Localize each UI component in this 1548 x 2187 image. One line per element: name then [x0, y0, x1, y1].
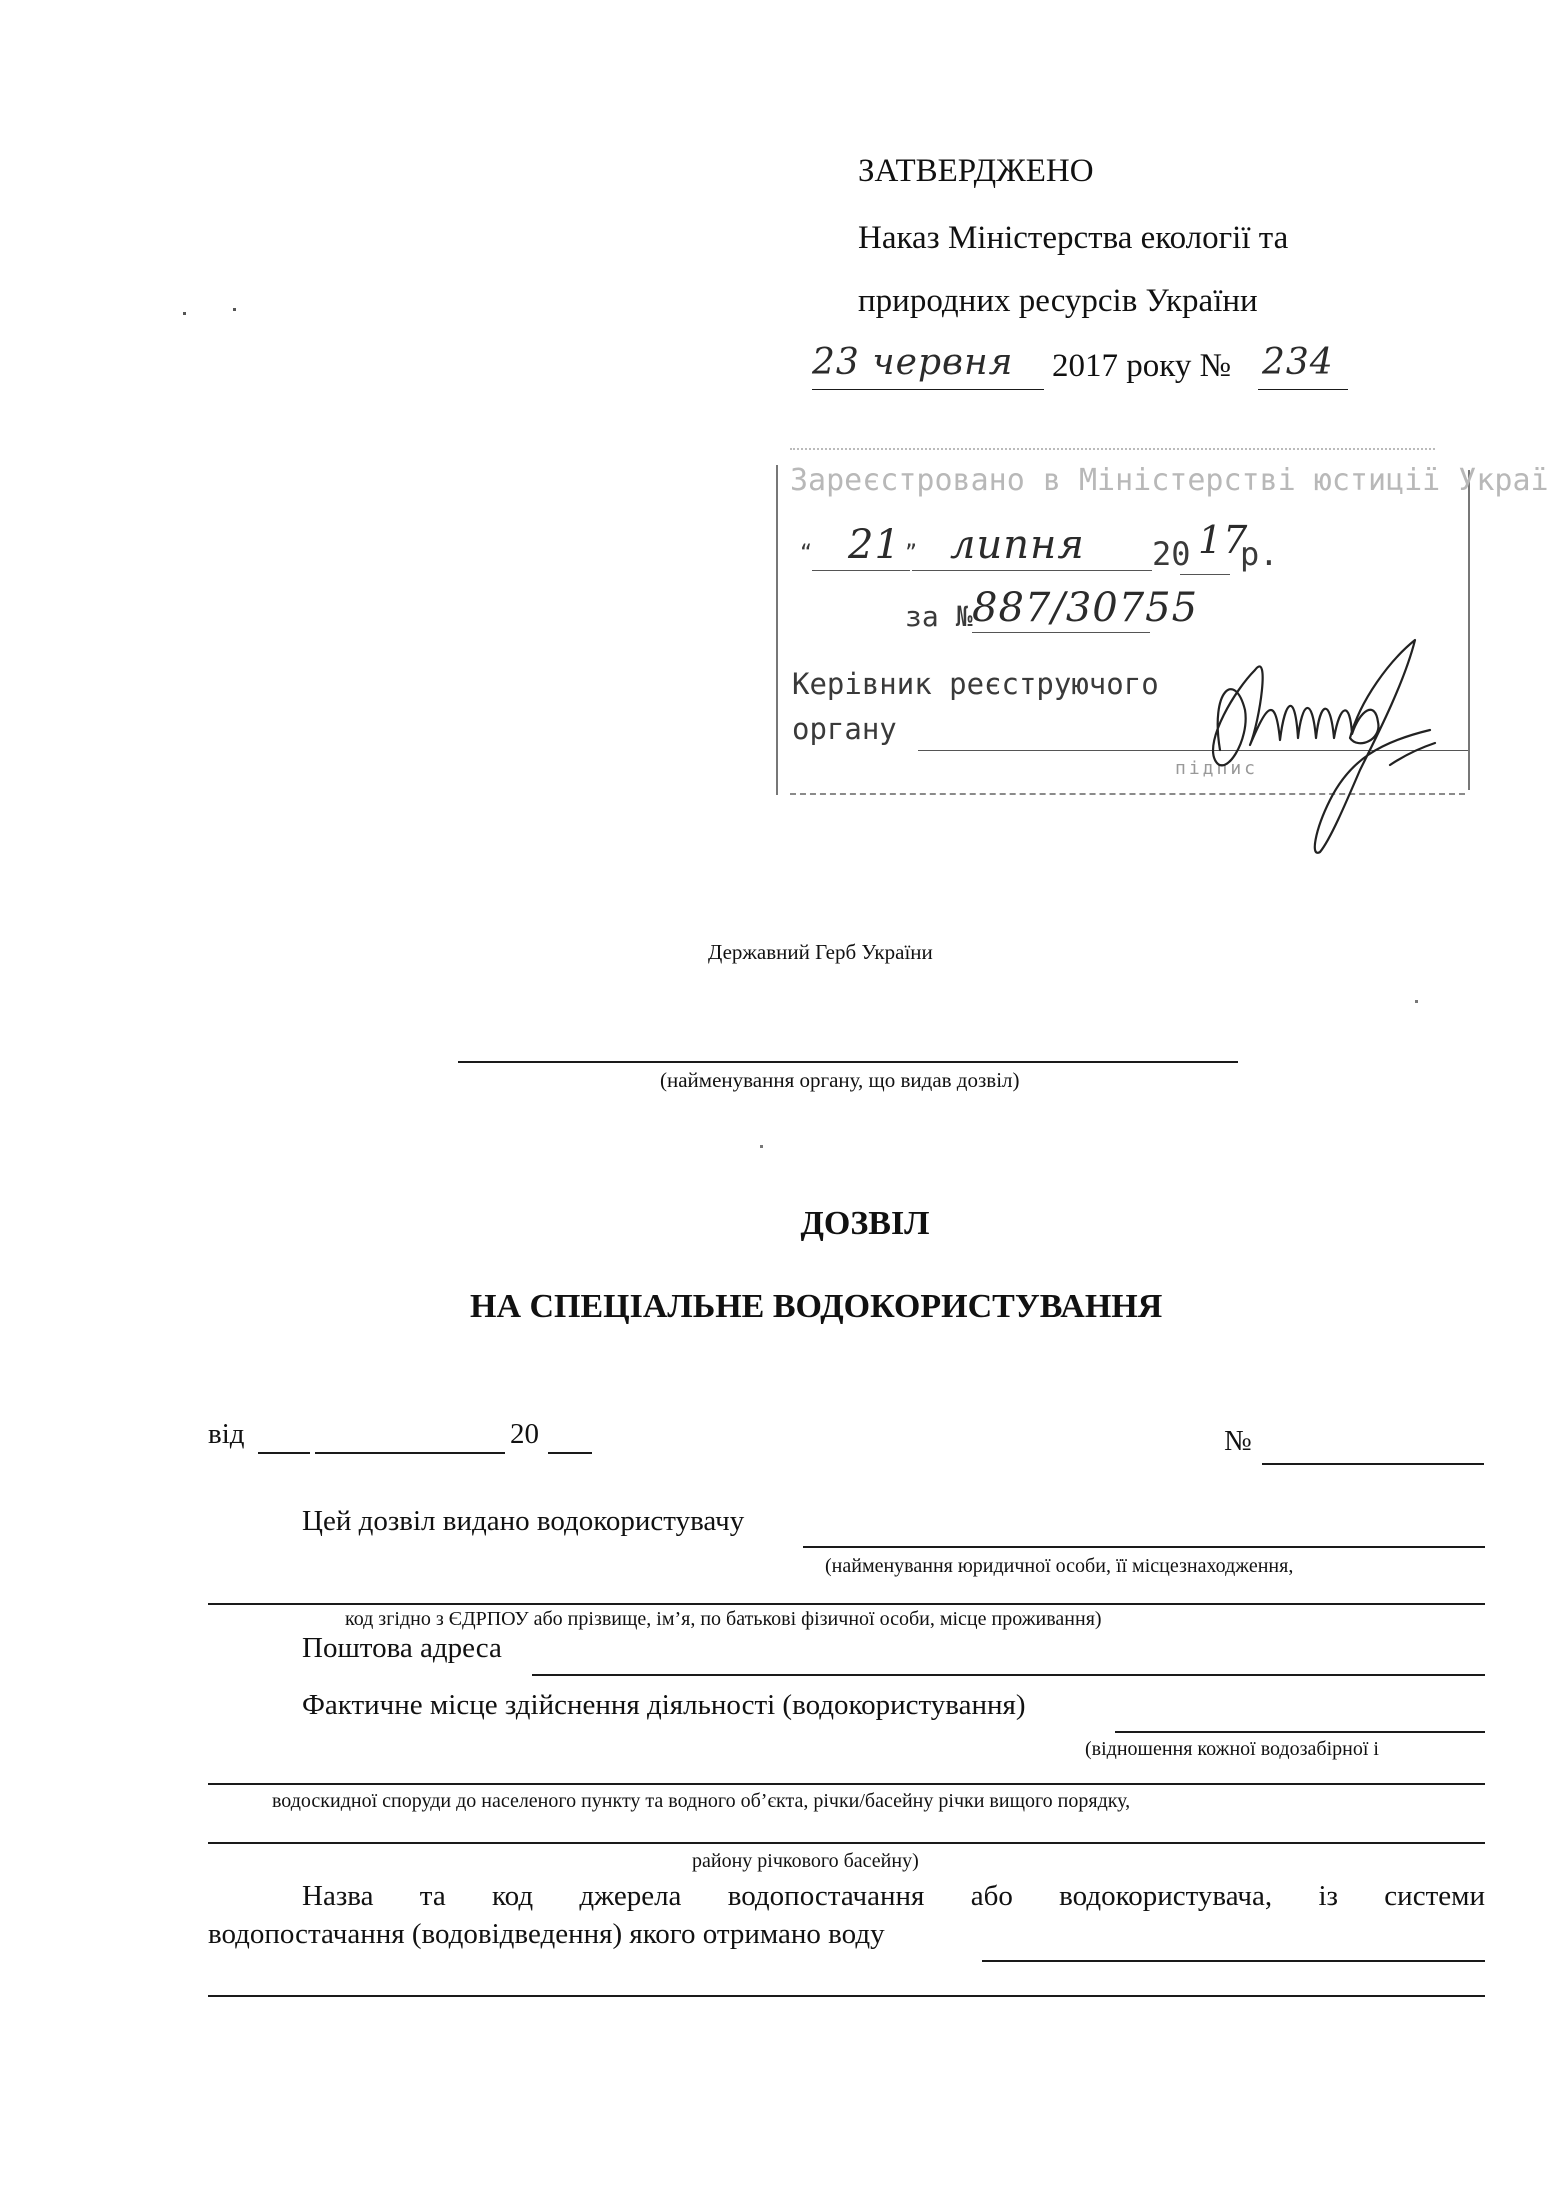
state-emblem-label: Державний Герб України — [708, 940, 933, 965]
stamp-day-handwritten: 21 — [848, 522, 901, 568]
scan-speck — [233, 308, 236, 311]
stamp-close-quote: ” — [905, 540, 917, 564]
activity-location-field[interactable] — [1115, 1731, 1485, 1733]
stamp-number-handwritten: 887/30755 — [972, 585, 1198, 631]
stamp-number-label: за № — [905, 600, 972, 633]
stamp-year-underline — [1180, 574, 1230, 575]
approval-date-underline — [812, 389, 1044, 390]
scan-speck — [1415, 1000, 1418, 1003]
issuer-name-line[interactable] — [458, 1061, 1238, 1063]
stamp-year-prefix: 20 — [1152, 535, 1191, 573]
date-day-field[interactable] — [258, 1452, 310, 1454]
postal-address-field[interactable] — [532, 1674, 1485, 1676]
stamp-day-underline — [812, 570, 910, 571]
issued-to-field-line2[interactable] — [208, 1603, 1485, 1605]
stamp-month-underline — [912, 570, 1152, 571]
document-title: ДОЗВІЛ — [0, 1205, 1548, 1243]
activity-caption-2: водоскидної споруди до населеного пункту… — [272, 1790, 1130, 1813]
approval-order-line1: Наказ Міністерства екології та — [858, 222, 1288, 255]
stamp-month-handwritten: липня — [950, 522, 1085, 568]
stamp-title: Зареєстровано в Міністерстві юстиції Укр… — [790, 463, 1548, 498]
postal-address-label: Поштова адреса — [302, 1632, 502, 1665]
issued-to-caption-1: (найменування юридичної особи, її місцез… — [825, 1555, 1293, 1578]
stamp-top-border — [790, 448, 1435, 450]
issued-to-field[interactable] — [803, 1546, 1485, 1548]
approval-heading: ЗАТВЕРДЖЕНО — [858, 155, 1094, 188]
permit-number-label: № — [1224, 1425, 1252, 1458]
signature-icon — [1190, 630, 1440, 860]
stamp-year-suffix: р. — [1240, 535, 1279, 573]
approval-year-text: 2017 року № — [1052, 350, 1231, 383]
issued-to-label: Цей дозвіл видано водокористувачу — [302, 1505, 744, 1538]
water-source-label-line1: Назва та код джерела водопостачання або … — [302, 1880, 1485, 1913]
approval-number-handwritten: 234 — [1262, 342, 1334, 383]
issued-to-caption-2: код згідно з ЄДРПОУ або прізвище, ім’я, … — [345, 1608, 1102, 1631]
activity-caption-3: району річкового басейну) — [692, 1850, 919, 1873]
stamp-head-label-line1: Керівник реєструючого — [792, 667, 1159, 701]
date-year-prefix: 20 — [510, 1418, 539, 1451]
permit-number-field[interactable] — [1262, 1463, 1484, 1465]
approval-date-handwritten: 23 червня — [812, 342, 1014, 383]
water-source-label-line2: водопостачання (водовідведення) якого от… — [208, 1918, 885, 1951]
stamp-right-border — [1468, 470, 1470, 790]
water-source-field[interactable] — [982, 1960, 1485, 1962]
date-from-label: від — [208, 1418, 245, 1451]
stamp-left-border — [776, 465, 778, 795]
scan-speck — [760, 1145, 763, 1148]
document-subtitle: НА СПЕЦІАЛЬНЕ ВОДОКОРИСТУВАННЯ — [470, 1288, 1162, 1326]
activity-location-label: Фактичне місце здійснення діяльності (во… — [302, 1689, 1026, 1722]
stamp-head-label-line2: органу — [792, 712, 897, 746]
stamp-number-underline — [972, 632, 1150, 633]
date-year-field[interactable] — [548, 1452, 592, 1454]
activity-location-field-line3[interactable] — [208, 1842, 1485, 1844]
activity-caption-1: (відношення кожної водозабірної і — [1085, 1738, 1379, 1761]
stamp-open-quote: “ — [800, 540, 812, 564]
approval-order-line2: природних ресурсів України — [858, 285, 1258, 318]
issuer-caption: (найменування органу, що видав дозвіл) — [660, 1068, 1020, 1093]
activity-location-field-line2[interactable] — [208, 1783, 1485, 1785]
scan-speck — [183, 312, 186, 315]
water-source-field-line2[interactable] — [208, 1995, 1485, 1997]
approval-number-underline — [1258, 389, 1348, 390]
date-month-field[interactable] — [315, 1452, 505, 1454]
